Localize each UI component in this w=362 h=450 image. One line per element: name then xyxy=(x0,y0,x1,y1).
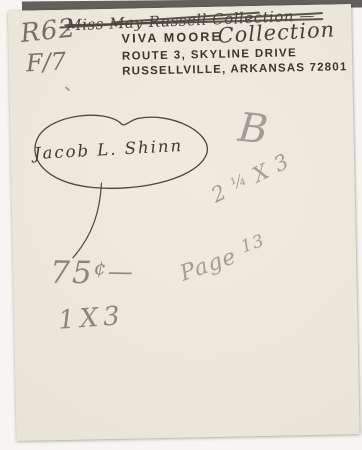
scanned-photo-verso: R62 F/7 Miss May Russell Collection — VI… xyxy=(0,0,362,450)
file-code: F/7 xyxy=(25,47,66,77)
oval-tail-stroke xyxy=(71,183,102,258)
collection-stamp: VIVA MOORE Collection ROUTE 3, SKYLINE D… xyxy=(121,27,347,78)
stamp-address-line-2: RUSSELLVILLE, ARKANSAS 72801 xyxy=(122,61,348,78)
photo-verso-card: R62 F/7 Miss May Russell Collection — VI… xyxy=(8,4,360,441)
stamp-address-line-1: ROUTE 3, SKYLINE DRIVE xyxy=(122,46,348,63)
handwritten-collection-word: Collection xyxy=(217,17,336,47)
paper-speck xyxy=(65,86,71,91)
hand-drawn-oval xyxy=(22,106,245,280)
size-rest: X 3 xyxy=(249,149,294,187)
dimensions-note: 1X3 xyxy=(57,301,126,336)
